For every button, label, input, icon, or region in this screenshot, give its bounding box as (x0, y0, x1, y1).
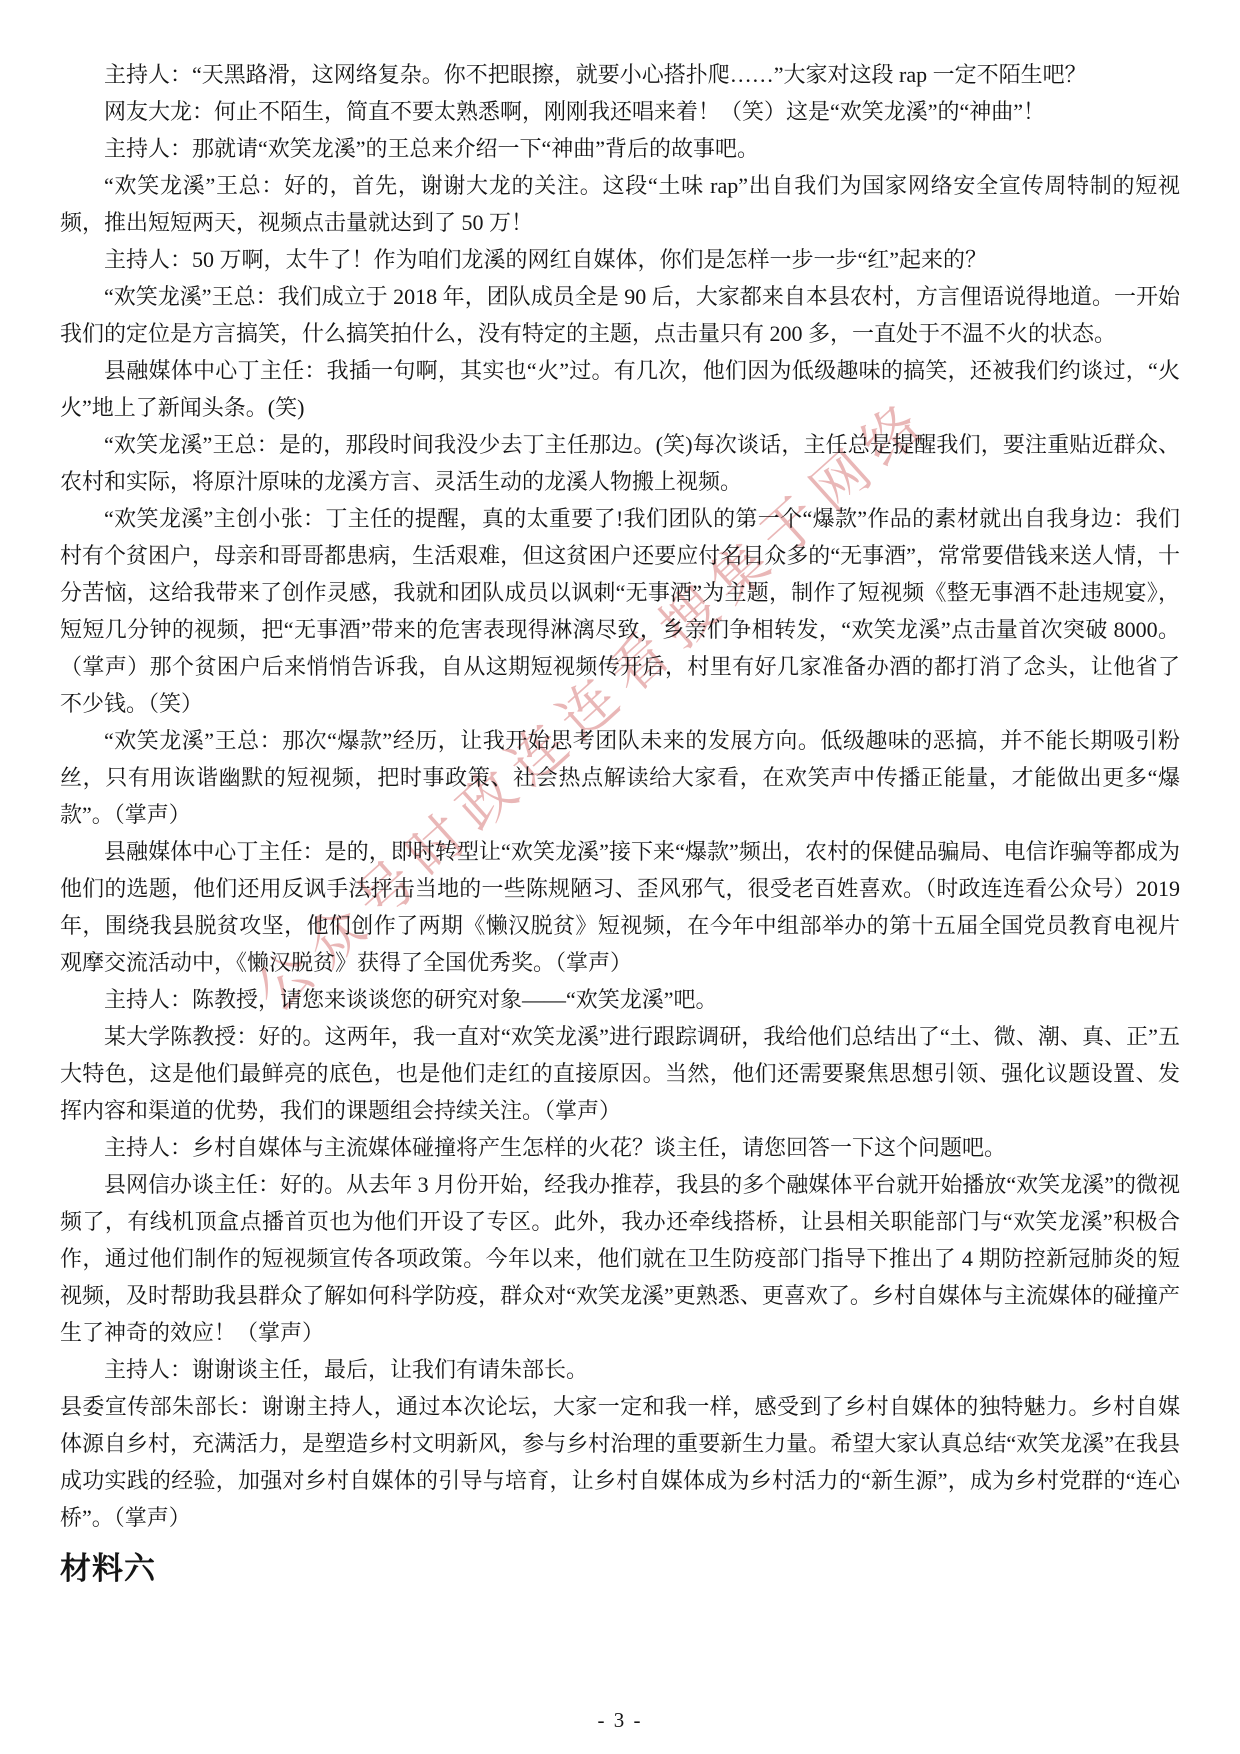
dialogue-paragraph: “欢笑龙溪”主创小张：丁主任的提醒，真的太重要了!我们团队的第一个“爆款”作品的… (60, 500, 1180, 722)
dialogue-paragraph: “欢笑龙溪”王总：是的，那段时间我没少去丁主任那边。(笑)每次谈话，主任总是提醒… (60, 426, 1180, 500)
dialogue: 主持人：“天黑路滑，这网络复杂。你不把眼擦，就要小心搭扑爬……”大家对这段 ra… (60, 56, 1180, 1536)
page-number: - 3 - (0, 1708, 1240, 1733)
document-page: 公众号时政连连看搜集于网络 主持人：“天黑路滑，这网络复杂。你不把眼擦，就要小心… (0, 0, 1240, 1754)
dialogue-paragraph: 县委宣传部朱部长：谢谢主持人，通过本次论坛，大家一定和我一样，感受到了乡村自媒体… (60, 1388, 1180, 1536)
dialogue-paragraph: 主持人：陈教授，请您来谈谈您的研究对象——“欢笑龙溪”吧。 (60, 981, 1180, 1018)
dialogue-paragraph: 主持人：“天黑路滑，这网络复杂。你不把眼擦，就要小心搭扑爬……”大家对这段 ra… (60, 56, 1180, 93)
dialogue-paragraph: 主持人：谢谢谈主任，最后，让我们有请朱部长。 (60, 1351, 1180, 1388)
dialogue-paragraph: 县融媒体中心丁主任：我插一句啊，其实也“火”过。有几次，他们因为低级趣味的搞笑，… (60, 352, 1180, 426)
dialogue-paragraph: “欢笑龙溪”王总：我们成立于 2018 年，团队成员全是 90 后，大家都来自本… (60, 278, 1180, 352)
dialogue-transcript: 主持人：“天黑路滑，这网络复杂。你不把眼擦，就要小心搭扑爬……”大家对这段 ra… (0, 0, 1240, 1591)
dialogue-paragraph: “欢笑龙溪”王总：好的，首先，谢谢大龙的关注。这段“土味 rap”出自我们为国家… (60, 167, 1180, 241)
dialogue-paragraph: “欢笑龙溪”王总：那次“爆款”经历，让我开始思考团队未来的发展方向。低级趣味的恶… (60, 722, 1180, 833)
dialogue-paragraph: 主持人：那就请“欢笑龙溪”的王总来介绍一下“神曲”背后的故事吧。 (60, 130, 1180, 167)
dialogue-paragraph: 主持人：乡村自媒体与主流媒体碰撞将产生怎样的火花？谈主任，请您回答一下这个问题吧… (60, 1129, 1180, 1166)
dialogue-paragraph: 县融媒体中心丁主任：是的，即时转型让“欢笑龙溪”接下来“爆款”频出，农村的保健品… (60, 833, 1180, 981)
dialogue-paragraph: 主持人：50 万啊，太牛了！作为咱们龙溪的网红自媒体，你们是怎样一步一步“红”起… (60, 241, 1180, 278)
section-heading: 材料六 (60, 1547, 1180, 1591)
dialogue-paragraph: 某大学陈教授：好的。这两年，我一直对“欢笑龙溪”进行跟踪调研，我给他们总结出了“… (60, 1018, 1180, 1129)
dialogue-paragraph: 县网信办谈主任：好的。从去年 3 月份开始，经我办推荐，我县的多个融媒体平台就开… (60, 1166, 1180, 1351)
dialogue-paragraph: 网友大龙：何止不陌生，简直不要太熟悉啊，刚刚我还唱来着！（笑）这是“欢笑龙溪”的… (60, 93, 1180, 130)
